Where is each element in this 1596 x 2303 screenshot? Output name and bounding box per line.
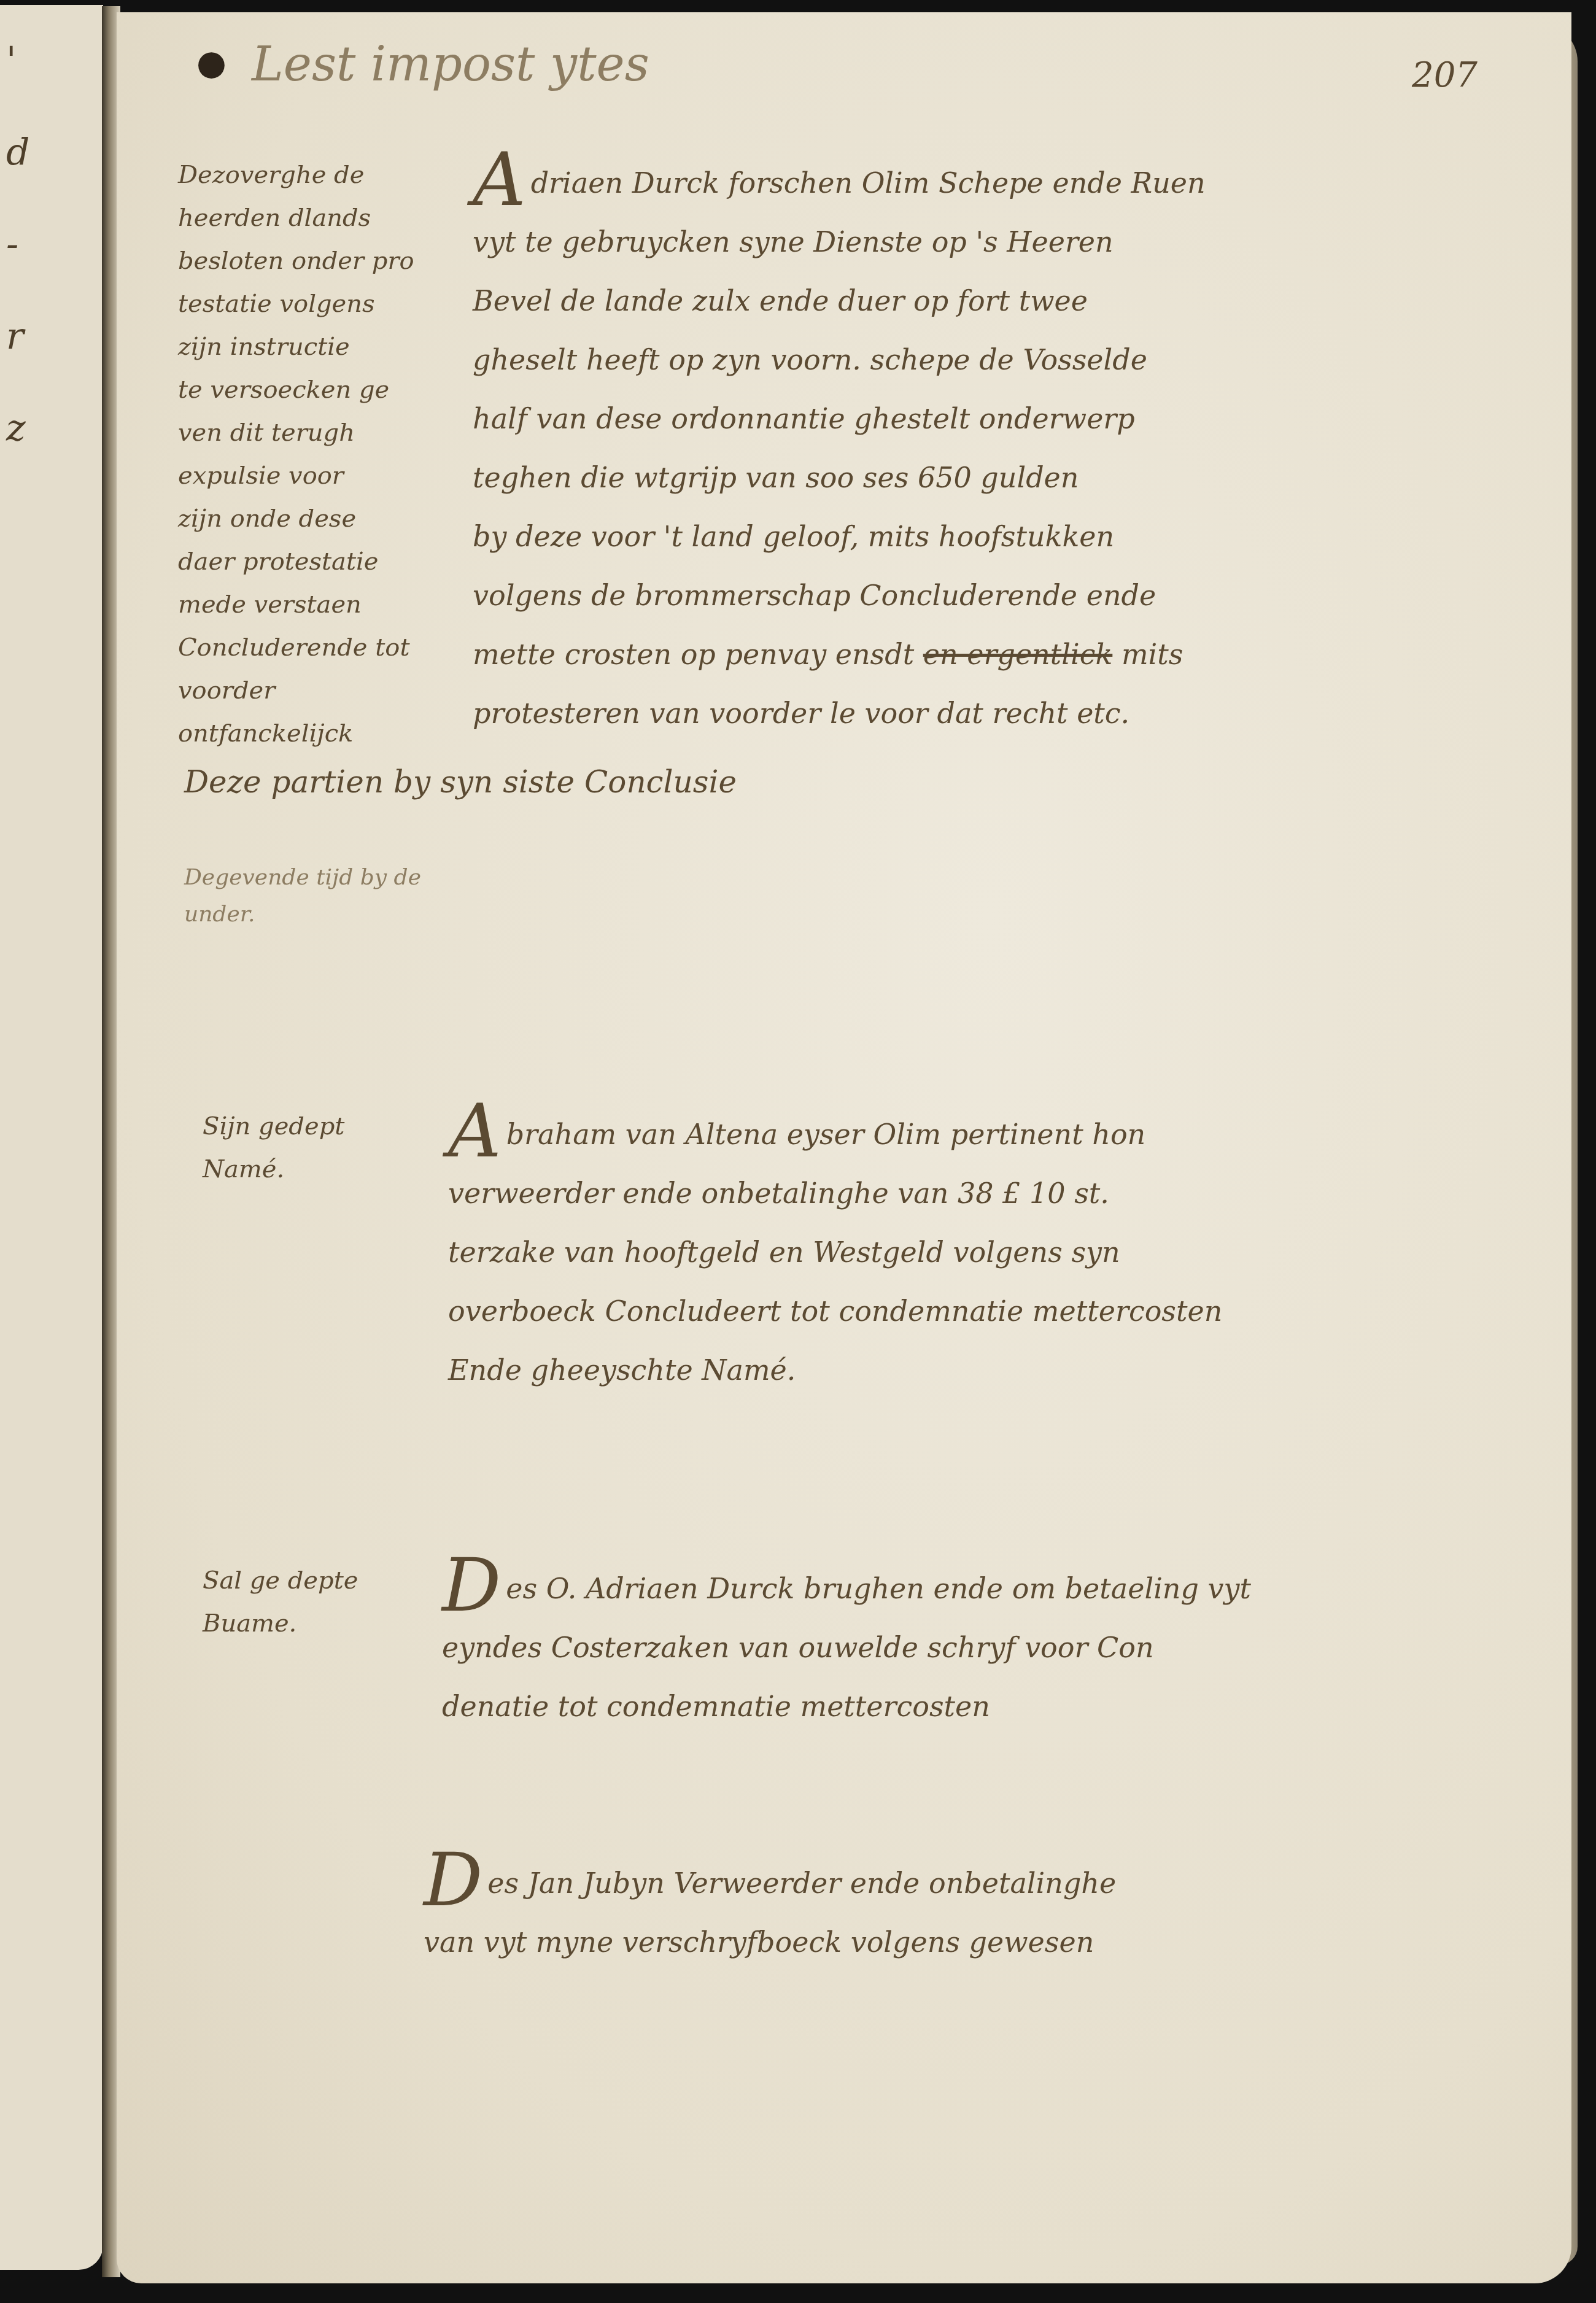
entry-line: teghen die wtgrijp van soo ses 650 gulde… [473, 448, 1516, 507]
margin-note: Sijn gedept Namé. [203, 1105, 436, 1191]
decision-line: Deze partien by syn siste Conclusie [184, 764, 737, 800]
struck-text: en ergentlick [923, 638, 1113, 671]
entry-line: half van dese ordonnantie ghestelt onder… [473, 389, 1516, 448]
decorated-initial: A [448, 1089, 502, 1174]
entry-line: volgens de brommerschap Concluderende en… [473, 566, 1516, 625]
ink-dot-mark: ● [196, 43, 227, 83]
adjacent-left-page: ' d - r z [0, 5, 103, 2270]
entry-line: Ende gheeyschte Namé. [448, 1341, 1522, 1399]
entry-line: Adriaen Durck forschen Olim Schepe ende … [473, 153, 1516, 212]
entry-body: Des O. Adriaen Durck brughen ende om bet… [442, 1559, 1516, 1736]
entry-line: vyt te gebruycken syne Dienste op 's Hee… [473, 212, 1516, 271]
fragment: r [6, 318, 98, 410]
entry-line: eyndes Costerzaken van ouwelde schryf vo… [442, 1618, 1516, 1677]
entry-line: Des Jan Jubyn Verweerder ende onbetaling… [424, 1854, 1528, 1913]
entry-line: Des O. Adriaen Durck brughen ende om bet… [442, 1559, 1516, 1618]
folio-number: 207 [1412, 55, 1478, 95]
entry-line: protesteren van voorder le voor dat rech… [473, 684, 1516, 743]
entry-body: Adriaen Durck forschen Olim Schepe ende … [473, 153, 1516, 743]
decorated-initial: D [424, 1838, 482, 1923]
entry-body: Abraham van Altena eyser Olim pertinent … [448, 1105, 1522, 1399]
entry-line: terzake van hooftgeld en Westgeld volgen… [448, 1223, 1522, 1282]
entry-line: by deze voor 't land geloof, mits hoofst… [473, 507, 1516, 566]
fragment: - [6, 226, 98, 318]
margin-note: Sal ge depte Buame. [203, 1559, 436, 1645]
entry-line: mette crosten op penvay ensdt en ergentl… [473, 625, 1516, 684]
margin-note: Dezoverghe de heerden dlands besloten on… [178, 153, 473, 755]
decorated-initial: A [473, 137, 526, 223]
fragment: d [6, 134, 98, 226]
left-page-fragments: ' d - r z [6, 42, 98, 502]
entry-line: verweerder ende onbetalinghe van 38 £ 10… [448, 1164, 1522, 1223]
header-title: Lest impost ytes [252, 37, 649, 92]
fragment: z [6, 410, 98, 502]
entry-line: denatie tot condemnatie mettercosten [442, 1677, 1516, 1736]
entry-line: van vyt myne verschryfboeck volgens gewe… [424, 1913, 1528, 1972]
entry-line: gheselt heeft op zyn voorn. schepe de Vo… [473, 330, 1516, 389]
entry-line: Abraham van Altena eyser Olim pertinent … [448, 1105, 1522, 1164]
entry-line: Bevel de lande zulx ende duer op fort tw… [473, 271, 1516, 330]
entry-body: Des Jan Jubyn Verweerder ende onbetaling… [424, 1854, 1528, 1972]
fragment: ' [6, 42, 98, 134]
decorated-initial: D [442, 1543, 501, 1628]
sub-note: Degevende tijd by de under. [184, 859, 421, 933]
entry-line: overboeck Concludeert tot condemnatie me… [448, 1282, 1522, 1341]
